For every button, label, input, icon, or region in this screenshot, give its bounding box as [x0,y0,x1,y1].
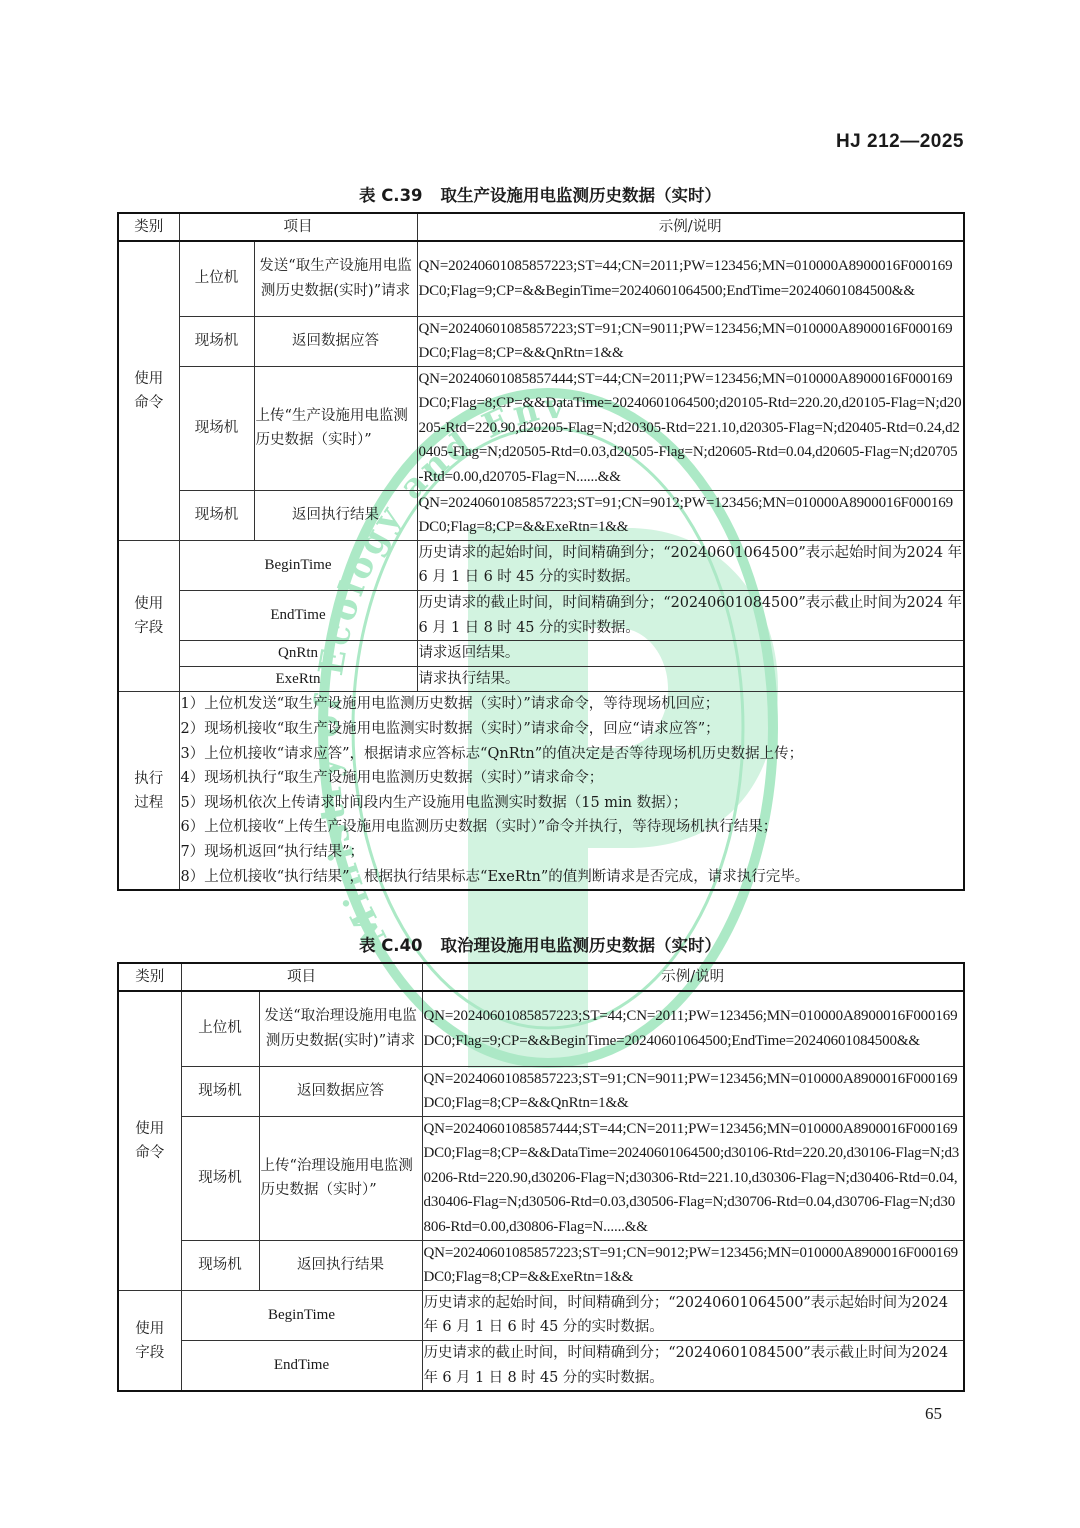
table-c40: 类别 项目 示例/说明 使用 命令 上位机 发送“取治理设施用电监测历史数据(实… [117,962,965,1392]
process-steps: 1）上位机发送“取生产设施用电监测历史数据（实时）”请求命令，等待现场机回应； … [179,692,964,890]
standard-code: HJ 212—2025 [836,131,964,153]
category-fields: 使用 字段 [118,540,179,692]
process-step: 8）上位机接收“执行结果”，根据执行结果标志“ExeRtn”的值判断请求是否完成… [181,865,963,890]
caption-number: 表 C.39 [359,186,423,205]
field-desc: 请求返回结果。 [417,641,964,667]
item-cell: 返回数据应答 [259,1066,422,1116]
example-cell: QN=20240601085857444;ST=44;CN=2011;PW=12… [417,366,964,490]
caption-number: 表 C.40 [359,936,423,955]
example-cell: QN=20240601085857223;ST=91;CN=9012;PW=12… [422,1240,964,1290]
table-row: QnRtn 请求返回结果。 [118,641,964,667]
table-header-row: 类别 项目 示例/说明 [118,213,964,241]
category-commands: 使用 命令 [118,241,179,540]
field-name: ExeRtn [179,666,417,692]
table-c39: 类别 项目 示例/说明 使用 命令 上位机 发送“取生产设施用电监测历史数据(实… [117,212,965,891]
process-step: 1）上位机发送“取生产设施用电监测历史数据（实时）”请求命令，等待现场机回应； [181,692,963,717]
field-desc: 请求执行结果。 [417,666,964,692]
role-cell: 上位机 [179,241,254,316]
field-desc: 历史请求的起始时间，时间精确到分；“20240601064500”表示起始时间为… [417,540,964,590]
table-row: 现场机 返回执行结果 QN=20240601085857223;ST=91;CN… [118,490,964,540]
table-row: EndTime 历史请求的截止时间，时间精确到分；“20240601084500… [118,1341,964,1392]
field-name: EndTime [179,591,417,641]
item-cell: 返回数据应答 [254,316,417,366]
table-row: 使用 命令 上位机 发送“取治理设施用电监测历史数据(实时)”请求 QN=202… [118,991,964,1066]
process-step: 6）上位机接收“上传生产设施用电监测历史数据（实时）”命令并执行，等待现场机执行… [181,815,963,840]
field-desc: 历史请求的截止时间，时间精确到分；“20240601084500”表示截止时间为… [417,591,964,641]
field-name: BeginTime [181,1290,422,1340]
category-process: 执行 过程 [118,692,179,890]
role-cell: 现场机 [179,366,254,490]
process-step: 4）现场机执行“取生产设施用电监测历史数据（实时）”请求命令； [181,766,963,791]
category-commands: 使用 命令 [118,991,181,1290]
table-row: 执行 过程 1）上位机发送“取生产设施用电监测历史数据（实时）”请求命令，等待现… [118,692,964,890]
table-header-row: 类别 项目 示例/说明 [118,963,964,991]
table-row: 现场机 返回数据应答 QN=20240601085857223;ST=91;CN… [118,1066,964,1116]
example-cell: QN=20240601085857444;ST=44;CN=2011;PW=12… [422,1116,964,1240]
item-cell: 发送“取治理设施用电监测历史数据(实时)”请求 [259,991,422,1066]
process-step: 7）现场机返回“执行结果”； [181,840,963,865]
item-cell: 上传“治理设施用电监测历史数据（实时）” [259,1116,422,1240]
caption-title: 取生产设施用电监测历史数据（实时） [441,186,722,205]
table-row: 使用 命令 上位机 发送“取生产设施用电监测历史数据(实时)”请求 QN=202… [118,241,964,316]
field-name: BeginTime [179,540,417,590]
role-cell: 上位机 [181,991,259,1066]
table-row: EndTime 历史请求的截止时间，时间精确到分；“20240601084500… [118,591,964,641]
example-cell: QN=20240601085857223;ST=44;CN=2011;PW=12… [422,991,964,1066]
field-desc: 历史请求的截止时间，时间精确到分；“20240601084500”表示截止时间为… [422,1341,964,1392]
field-desc: 历史请求的起始时间，时间精确到分；“20240601064500”表示起始时间为… [422,1290,964,1340]
process-step: 5）现场机依次上传请求时间段内生产设施用电监测实时数据（15 min 数据）； [181,791,963,816]
process-step: 2）现场机接收“取生产设施用电监测实时数据（实时）”请求命令，回应“请求应答”； [181,717,963,742]
role-cell: 现场机 [181,1240,259,1290]
example-cell: QN=20240601085857223;ST=91;CN=9012;PW=12… [417,490,964,540]
caption-title: 取治理设施用电监测历史数据（实时） [441,936,722,955]
page-number: 65 [925,1404,942,1424]
category-fields: 使用 字段 [118,1290,181,1391]
header-example: 示例/说明 [422,963,964,991]
role-cell: 现场机 [181,1116,259,1240]
table-row: 使用 字段 BeginTime 历史请求的起始时间，时间精确到分；“202406… [118,540,964,590]
header-item: 项目 [179,213,417,241]
table-caption-c40: 表 C.40取治理设施用电监测历史数据（实时） [0,932,1080,956]
field-name: EndTime [181,1341,422,1392]
example-cell: QN=20240601085857223;ST=44;CN=2011;PW=12… [417,241,964,316]
item-cell: 返回执行结果 [254,490,417,540]
role-cell: 现场机 [179,490,254,540]
role-cell: 现场机 [181,1066,259,1116]
table-row: 现场机 返回数据应答 QN=20240601085857223;ST=91;CN… [118,316,964,366]
item-cell: 返回执行结果 [259,1240,422,1290]
table-row: 使用 字段 BeginTime 历史请求的起始时间，时间精确到分；“202406… [118,1290,964,1340]
header-category: 类别 [118,963,181,991]
example-cell: QN=20240601085857223;ST=91;CN=9011;PW=12… [417,316,964,366]
item-cell: 发送“取生产设施用电监测历史数据(实时)”请求 [254,241,417,316]
example-cell: QN=20240601085857223;ST=91;CN=9011;PW=12… [422,1066,964,1116]
field-name: QnRtn [179,641,417,667]
table-caption-c39: 表 C.39取生产设施用电监测历史数据（实时） [0,182,1080,206]
role-cell: 现场机 [179,316,254,366]
table-row: 现场机 上传“生产设施用电监测历史数据（实时）” QN=202406010858… [118,366,964,490]
table-row: ExeRtn 请求执行结果。 [118,666,964,692]
header-item: 项目 [181,963,422,991]
process-step: 3）上位机接收“请求应答”，根据请求应答标志“QnRtn”的值决定是否等待现场机… [181,742,963,767]
header-category: 类别 [118,213,179,241]
table-row: 现场机 返回执行结果 QN=20240601085857223;ST=91;CN… [118,1240,964,1290]
header-example: 示例/说明 [417,213,964,241]
item-cell: 上传“生产设施用电监测历史数据（实时）” [254,366,417,490]
table-row: 现场机 上传“治理设施用电监测历史数据（实时）” QN=202406010858… [118,1116,964,1240]
